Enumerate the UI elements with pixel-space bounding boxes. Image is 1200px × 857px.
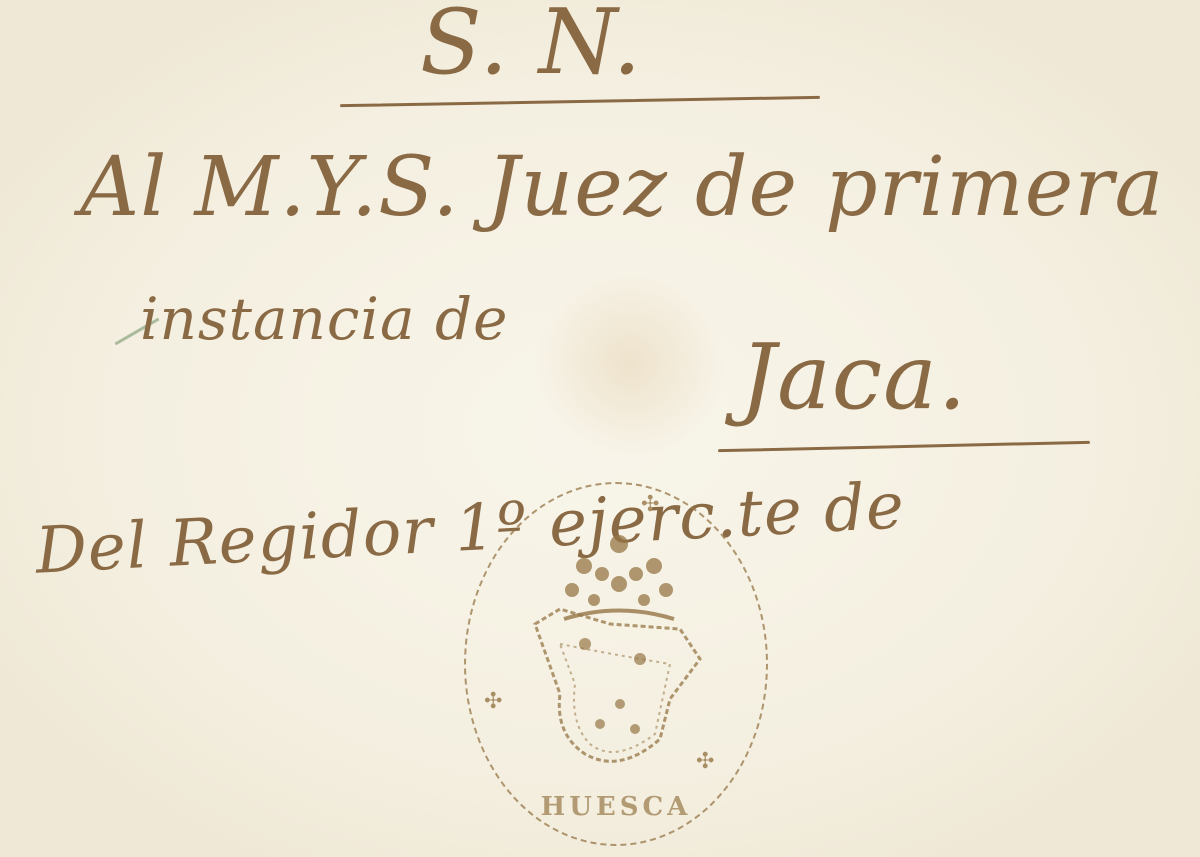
header-sn: S. N. [420,0,642,95]
destination-city: Jaca. [740,325,967,430]
destination-underline [718,441,1090,452]
header-underline [340,96,820,107]
address-line-1: Al M.Y.S. Juez de primera [80,140,1164,235]
sender-line: Del Regidor 1º ejerc.te de [34,469,907,588]
stamp-town-name: HUESCA [466,792,766,822]
letter-cover: S. N. Al M.Y.S. Juez de primera instanci… [0,0,1200,857]
coat-of-arms-shield-icon [530,604,705,774]
fleur-icon-left: ✣ [484,689,502,714]
postal-stamp: ✣ ✣ ✣ HUESCA [464,482,768,846]
fleur-icon-right: ✣ [696,749,714,774]
fleur-icon-top: ✣ [641,492,659,517]
address-line-2: instancia de [140,285,508,353]
